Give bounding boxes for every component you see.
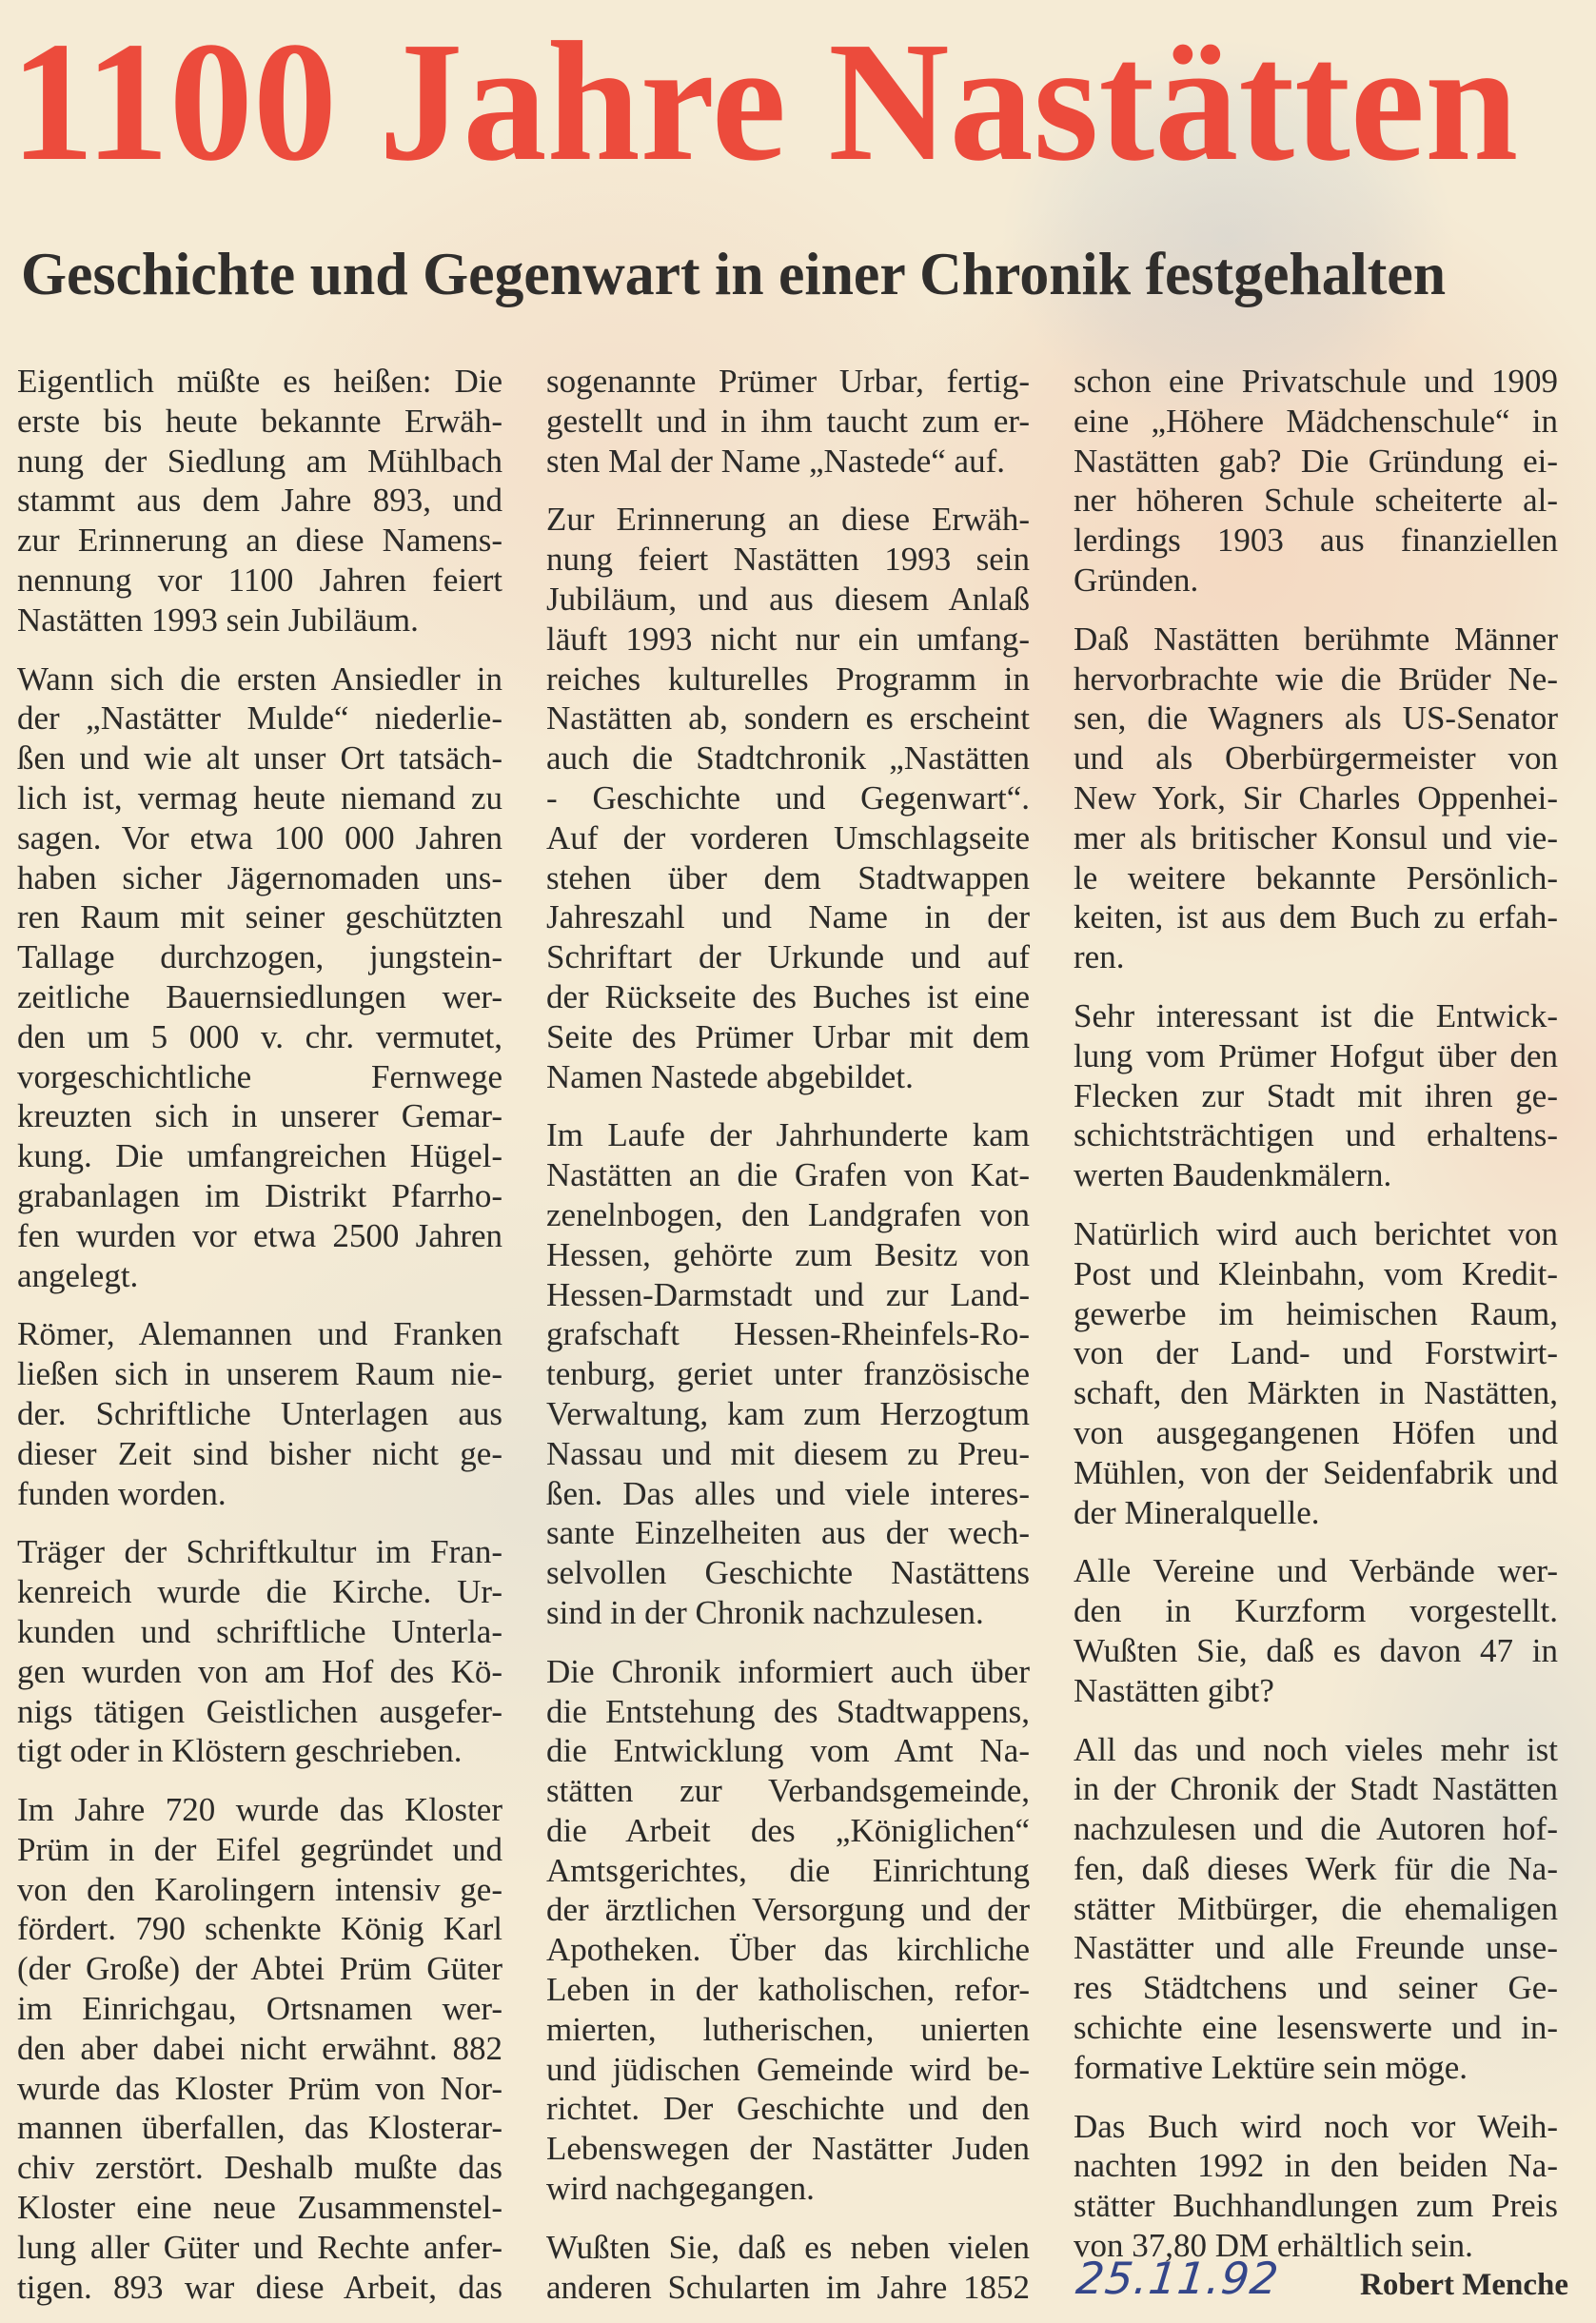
text-line: Hessen-Darmstadt und zur Land- [546, 1275, 1030, 1315]
text-line: - Geschichte und Gegenwart“. [546, 778, 1030, 818]
text-line: stätter Buchhandlungen zum Preis [1074, 2186, 1558, 2226]
paragraph: Im Jahre 720 wurde das Kloster Prüm in d… [17, 1790, 502, 2307]
text-line: Mühlen, von der Seidenfabrik und [1074, 1453, 1558, 1493]
text-line: vorgeschichtliche Fernwege [17, 1057, 502, 1097]
text-line: (der Große) der Abtei Prüm Güter [17, 1949, 502, 1989]
text-line: Prüm in der Eifel gegründet und [17, 1830, 502, 1870]
text-line: formative Lektüre sein möge. [1074, 2048, 1558, 2088]
text-line: erste bis heute bekannte Erwäh- [17, 402, 502, 442]
text-line: Alle Vereine und Verbände wer- [1074, 1551, 1558, 1591]
text-line: mannen überfallen, das Klosterar- [17, 2108, 502, 2148]
text-line: Schriftart der Urkunde und auf [546, 937, 1030, 977]
text-line: mer als britischer Konsul und vie- [1074, 818, 1558, 858]
text-line: selvollen Geschichte Nastättens [546, 1553, 1030, 1593]
text-line: Wann sich die ersten Ansiedler in [17, 659, 502, 699]
paragraph: Im Laufe der Jahrhunderte kam Nastätten … [546, 1115, 1030, 1632]
text-line: der „Nastätter Mulde“ niederlie- [17, 699, 502, 738]
text-line: stätter Mitbürger, die ehemaligen [1074, 1889, 1558, 1929]
text-line: kreuzten sich in unserer Gemar- [17, 1096, 502, 1136]
text-line: stätten zur Verbandsgemeinde, [546, 1771, 1030, 1811]
text-line: lerdings 1903 aus finanziellen [1074, 521, 1558, 561]
text-line: Nastätten gab? Die Gründung ei- [1074, 442, 1558, 482]
text-line: dieser Zeit sind bisher nicht ge- [17, 1434, 502, 1474]
text-line: und jüdischen Gemeinde wird be- [546, 2050, 1030, 2090]
text-line: grafschaft Hessen-Rheinfels-Ro- [546, 1314, 1030, 1354]
article-column-1: Eigentlich müßte es heißen: Die erste bi… [17, 362, 502, 2307]
text-line: nennung vor 1100 Jahren feiert [17, 561, 502, 600]
text-line: All das und noch vieles mehr ist [1074, 1730, 1558, 1770]
text-line: gen wurden von am Hof des Kö- [17, 1652, 502, 1692]
text-line: Seite des Prümer Urbar mit dem [546, 1017, 1030, 1057]
text-line: sogenannte Prümer Urbar, fertig- [546, 362, 1030, 402]
text-line: Lebenswegen der Nastätter Juden [546, 2129, 1030, 2169]
headline: 1100 Jahre Nastätten [10, 16, 1518, 187]
paragraph: Eigentlich müßte es heißen: Die erste bi… [17, 362, 502, 640]
text-line: angelegt. [17, 1256, 502, 1296]
text-line: Tallage durchzogen, jungstein- [17, 937, 502, 977]
subheadline: Geschichte und Gegenwart in einer Chroni… [21, 244, 1446, 305]
text-line: im Einrichgau, Ortsnamen wer- [17, 1989, 502, 2029]
text-line: grabanlagen im Distrikt Pfarrho- [17, 1176, 502, 1216]
text-line: res Städtchens und seiner Ge- [1074, 1968, 1558, 2008]
text-line: Zur Erinnerung an diese Erwäh- [546, 500, 1030, 540]
text-line: Namen Nastede abgebildet. [546, 1057, 1030, 1097]
article-column-2: sogenannte Prümer Urbar, fertig- gestell… [546, 362, 1030, 2307]
text-line: die Entstehung des Stadtwappens, [546, 1692, 1030, 1732]
text-line: Post und Kleinbahn, vom Kredit- [1074, 1254, 1558, 1294]
text-line: in der Chronik der Stadt Nastätten [1074, 1769, 1558, 1809]
paragraph: schon eine Privatschule und 1909 eine „H… [1074, 362, 1558, 600]
text-line: Nassau und mit diesem zu Preu- [546, 1434, 1030, 1474]
text-line: der Rückseite des Buches ist eine [546, 977, 1030, 1017]
text-line: ren Raum mit seiner geschützten [17, 897, 502, 937]
text-line: gewerbe im heimischen Raum, [1074, 1294, 1558, 1334]
text-line: kenreich wurde die Kirche. Ur- [17, 1572, 502, 1612]
text-line: Römer, Alemannen und Franken [17, 1314, 502, 1354]
text-line: von ausgegangenen Höfen und [1074, 1413, 1558, 1453]
text-line: lich ist, vermag heute niemand zu [17, 778, 502, 818]
text-line: die Arbeit des „Königlichen“ [546, 1811, 1030, 1851]
text-line: Apotheken. Über das kirchliche [546, 1930, 1030, 1970]
paragraph: Sehr interessant ist die Entwick- lung v… [1074, 996, 1558, 1195]
text-line: haben sicher Jägernomaden uns- [17, 858, 502, 898]
text-line: gestellt und in ihm taucht zum er- [546, 402, 1030, 442]
text-line: chiv zerstört. Deshalb mußte das [17, 2148, 502, 2188]
text-line: zeitliche Bauernsiedlungen wer- [17, 977, 502, 1017]
text-line: von den Karolingern intensiv ge- [17, 1870, 502, 1910]
handwritten-date-annotation: 25.11.92 [1074, 2256, 1282, 2300]
text-line: sind in der Chronik nachzulesen. [546, 1593, 1030, 1633]
text-line: anderen Schularten im Jahre 1852 [546, 2268, 1030, 2308]
text-line: Das Buch wird noch vor Weih- [1074, 2107, 1558, 2147]
text-line: tenburg, geriet unter französische [546, 1354, 1030, 1394]
text-line: stehen über dem Stadtwappen [546, 858, 1030, 898]
text-line: sagen. Vor etwa 100 000 Jahren [17, 818, 502, 858]
text-line: nung der Siedlung am Mühlbach [17, 442, 502, 482]
text-line: eine „Höhere Mädchenschule“ in [1074, 402, 1558, 442]
text-line: sante Einzelheiten aus der wech- [546, 1513, 1030, 1553]
text-line: Nastätter und alle Freunde unse- [1074, 1928, 1558, 1968]
text-line: nigs tätigen Geistlichen ausgefer- [17, 1692, 502, 1732]
paragraph: Wann sich die ersten Ansiedler in der „N… [17, 659, 502, 1296]
text-line: reiches kulturelles Programm in [546, 659, 1030, 699]
text-line: lung aller Güter und Rechte anfer- [17, 2228, 502, 2268]
text-line: schon eine Privatschule und 1909 [1074, 362, 1558, 402]
text-line: Träger der Schriftkultur im Fran- [17, 1532, 502, 1572]
text-line: den um 5 000 v. chr. vermutet, [17, 1017, 502, 1057]
text-line: schaft, den Märkten in Nastätten, [1074, 1373, 1558, 1413]
text-line: Amtsgerichtes, die Einrichtung [546, 1851, 1030, 1891]
text-line: die Entwicklung vom Amt Na- [546, 1731, 1030, 1771]
text-line: wurde das Kloster Prüm von Nor- [17, 2069, 502, 2109]
text-line: Nastätten ab, sondern es erscheint [546, 699, 1030, 738]
text-line: Natürlich wird auch berichtet von [1074, 1214, 1558, 1254]
paragraph: Alle Vereine und Verbände wer- den in Ku… [1074, 1551, 1558, 1710]
text-line: Flecken zur Stadt mit ihren ge- [1074, 1076, 1558, 1116]
text-line: kung. Die umfangreichen Hügel- [17, 1136, 502, 1176]
text-line: Wußten Sie, daß es davon 47 in [1074, 1631, 1558, 1671]
text-line: tigen. 893 war diese Arbeit, das [17, 2268, 502, 2308]
text-line: und als Oberbürgermeister von [1074, 738, 1558, 778]
text-line: den in Kurzform vorgestellt. [1074, 1591, 1558, 1631]
paragraph: Natürlich wird auch berichtet von Post u… [1074, 1214, 1558, 1532]
text-line: Im Laufe der Jahrhunderte kam [546, 1115, 1030, 1155]
article-column-3: schon eine Privatschule und 1909 eine „H… [1074, 362, 1558, 2266]
text-line: fen, daß dieses Werk für die Na- [1074, 1849, 1558, 1889]
text-line: lung vom Prümer Hofgut über den [1074, 1036, 1558, 1076]
text-line: den aber dabei nicht erwähnt. 882 [17, 2029, 502, 2069]
text-line: schichtsträchtigen und erhaltens- [1074, 1115, 1558, 1155]
text-line: der Mineralquelle. [1074, 1493, 1558, 1533]
paragraph: Das Buch wird noch vor Weih- nachten 199… [1074, 2107, 1558, 2266]
paragraph: Daß Nastätten berühmte Männer hervorbrac… [1074, 620, 1558, 977]
text-line: funden worden. [17, 1474, 502, 1514]
text-line: richtet. Der Geschichte und den [546, 2089, 1030, 2129]
paragraph: Träger der Schriftkultur im Fran- kenrei… [17, 1532, 502, 1771]
text-line: Daß Nastätten berühmte Männer [1074, 620, 1558, 659]
text-line: keiten, ist aus dem Buch zu erfah- [1074, 897, 1558, 937]
paragraph: Zur Erinnerung an diese Erwäh- nung feie… [546, 500, 1030, 1096]
text-line: wird nachgegangen. [546, 2169, 1030, 2209]
text-line: Auf der vorderen Umschlagseite [546, 818, 1030, 858]
text-line: fen wurden vor etwa 2500 Jahren [17, 1216, 502, 1256]
text-line: Leben in der katholischen, refor- [546, 1970, 1030, 2010]
text-line: New York, Sir Charles Oppenhei- [1074, 778, 1558, 818]
paragraph: Wußten Sie, daß es neben vielen anderen … [546, 2228, 1030, 2308]
text-line: von der Land- und Forstwirt- [1074, 1333, 1558, 1373]
text-line: ner höheren Schule scheiterte al- [1074, 481, 1558, 521]
text-line: Die Chronik informiert auch über [546, 1652, 1030, 1692]
text-line: ren. [1074, 937, 1558, 977]
author-byline: Robert Menche [1360, 2270, 1568, 2301]
text-line: Wußten Sie, daß es neben vielen [546, 2228, 1030, 2268]
text-line: Nastätten 1993 sein Jubiläum. [17, 600, 502, 640]
text-line: Im Jahre 720 wurde das Kloster [17, 1790, 502, 1830]
text-line: läuft 1993 nicht nur ein umfang- [546, 620, 1030, 659]
text-line: mierten, lutherischen, unierten [546, 2010, 1030, 2050]
text-line: auch die Stadtchronik „Nastätten [546, 738, 1030, 778]
text-line: nachzulesen und die Autoren hof- [1074, 1809, 1558, 1849]
text-line: Nastätten gibt? [1074, 1671, 1558, 1711]
text-line: der. Schriftliche Unterlagen aus [17, 1394, 502, 1434]
text-line: der ärztlichen Versorgung und der [546, 1890, 1030, 1930]
text-line: nachten 1992 in den beiden Na- [1074, 2146, 1558, 2186]
text-line: hervorbrachte wie die Brüder Ne- [1074, 659, 1558, 699]
text-line: Kloster eine neue Zusammenstel- [17, 2188, 502, 2228]
text-line: Hessen, gehörte zum Besitz von [546, 1235, 1030, 1275]
text-line: ßen und wie alt unser Ort tatsäch- [17, 738, 502, 778]
paragraph: sogenannte Prümer Urbar, fertig- gestell… [546, 362, 1030, 481]
text-line: werten Baudenkmälern. [1074, 1155, 1558, 1195]
text-line: zur Erinnerung an diese Namens- [17, 521, 502, 561]
text-line: kunden und schriftliche Unterla- [17, 1612, 502, 1652]
text-line: Nastätten an die Grafen von Kat- [546, 1155, 1030, 1195]
text-line: fördert. 790 schenkte König Karl [17, 1909, 502, 1949]
text-line: ßen. Das alles und viele interes- [546, 1474, 1030, 1514]
text-line: Verwaltung, kam zum Herzogtum [546, 1394, 1030, 1434]
text-line: stammt aus dem Jahre 893, und [17, 481, 502, 521]
text-line: sen, die Wagners als US-Senator [1074, 699, 1558, 738]
text-line: zenelnbogen, den Landgrafen von [546, 1195, 1030, 1235]
text-line: sten Mal der Name „Nastede“ auf. [546, 442, 1030, 482]
text-line: tigt oder in Klöstern geschrieben. [17, 1731, 502, 1771]
text-line: Gründen. [1074, 561, 1558, 600]
paragraph: All das und noch vieles mehr ist in der … [1074, 1730, 1558, 2088]
text-line: schichte eine lesenswerte und in- [1074, 2008, 1558, 2048]
text-line: Eigentlich müßte es heißen: Die [17, 362, 502, 402]
text-line: nung feiert Nastätten 1993 sein [546, 540, 1030, 580]
text-line: Jubiläum, und aus diesem Anlaß [546, 580, 1030, 620]
text-line: le weitere bekannte Persönlich- [1074, 858, 1558, 898]
text-line: Jahreszahl und Name in der [546, 897, 1030, 937]
paragraph: Römer, Alemannen und Franken ließen sich… [17, 1314, 502, 1513]
paragraph: Die Chronik informiert auch über die Ent… [546, 1652, 1030, 2209]
text-line: Sehr interessant ist die Entwick- [1074, 996, 1558, 1036]
text-line: ließen sich in unserem Raum nie- [17, 1354, 502, 1394]
